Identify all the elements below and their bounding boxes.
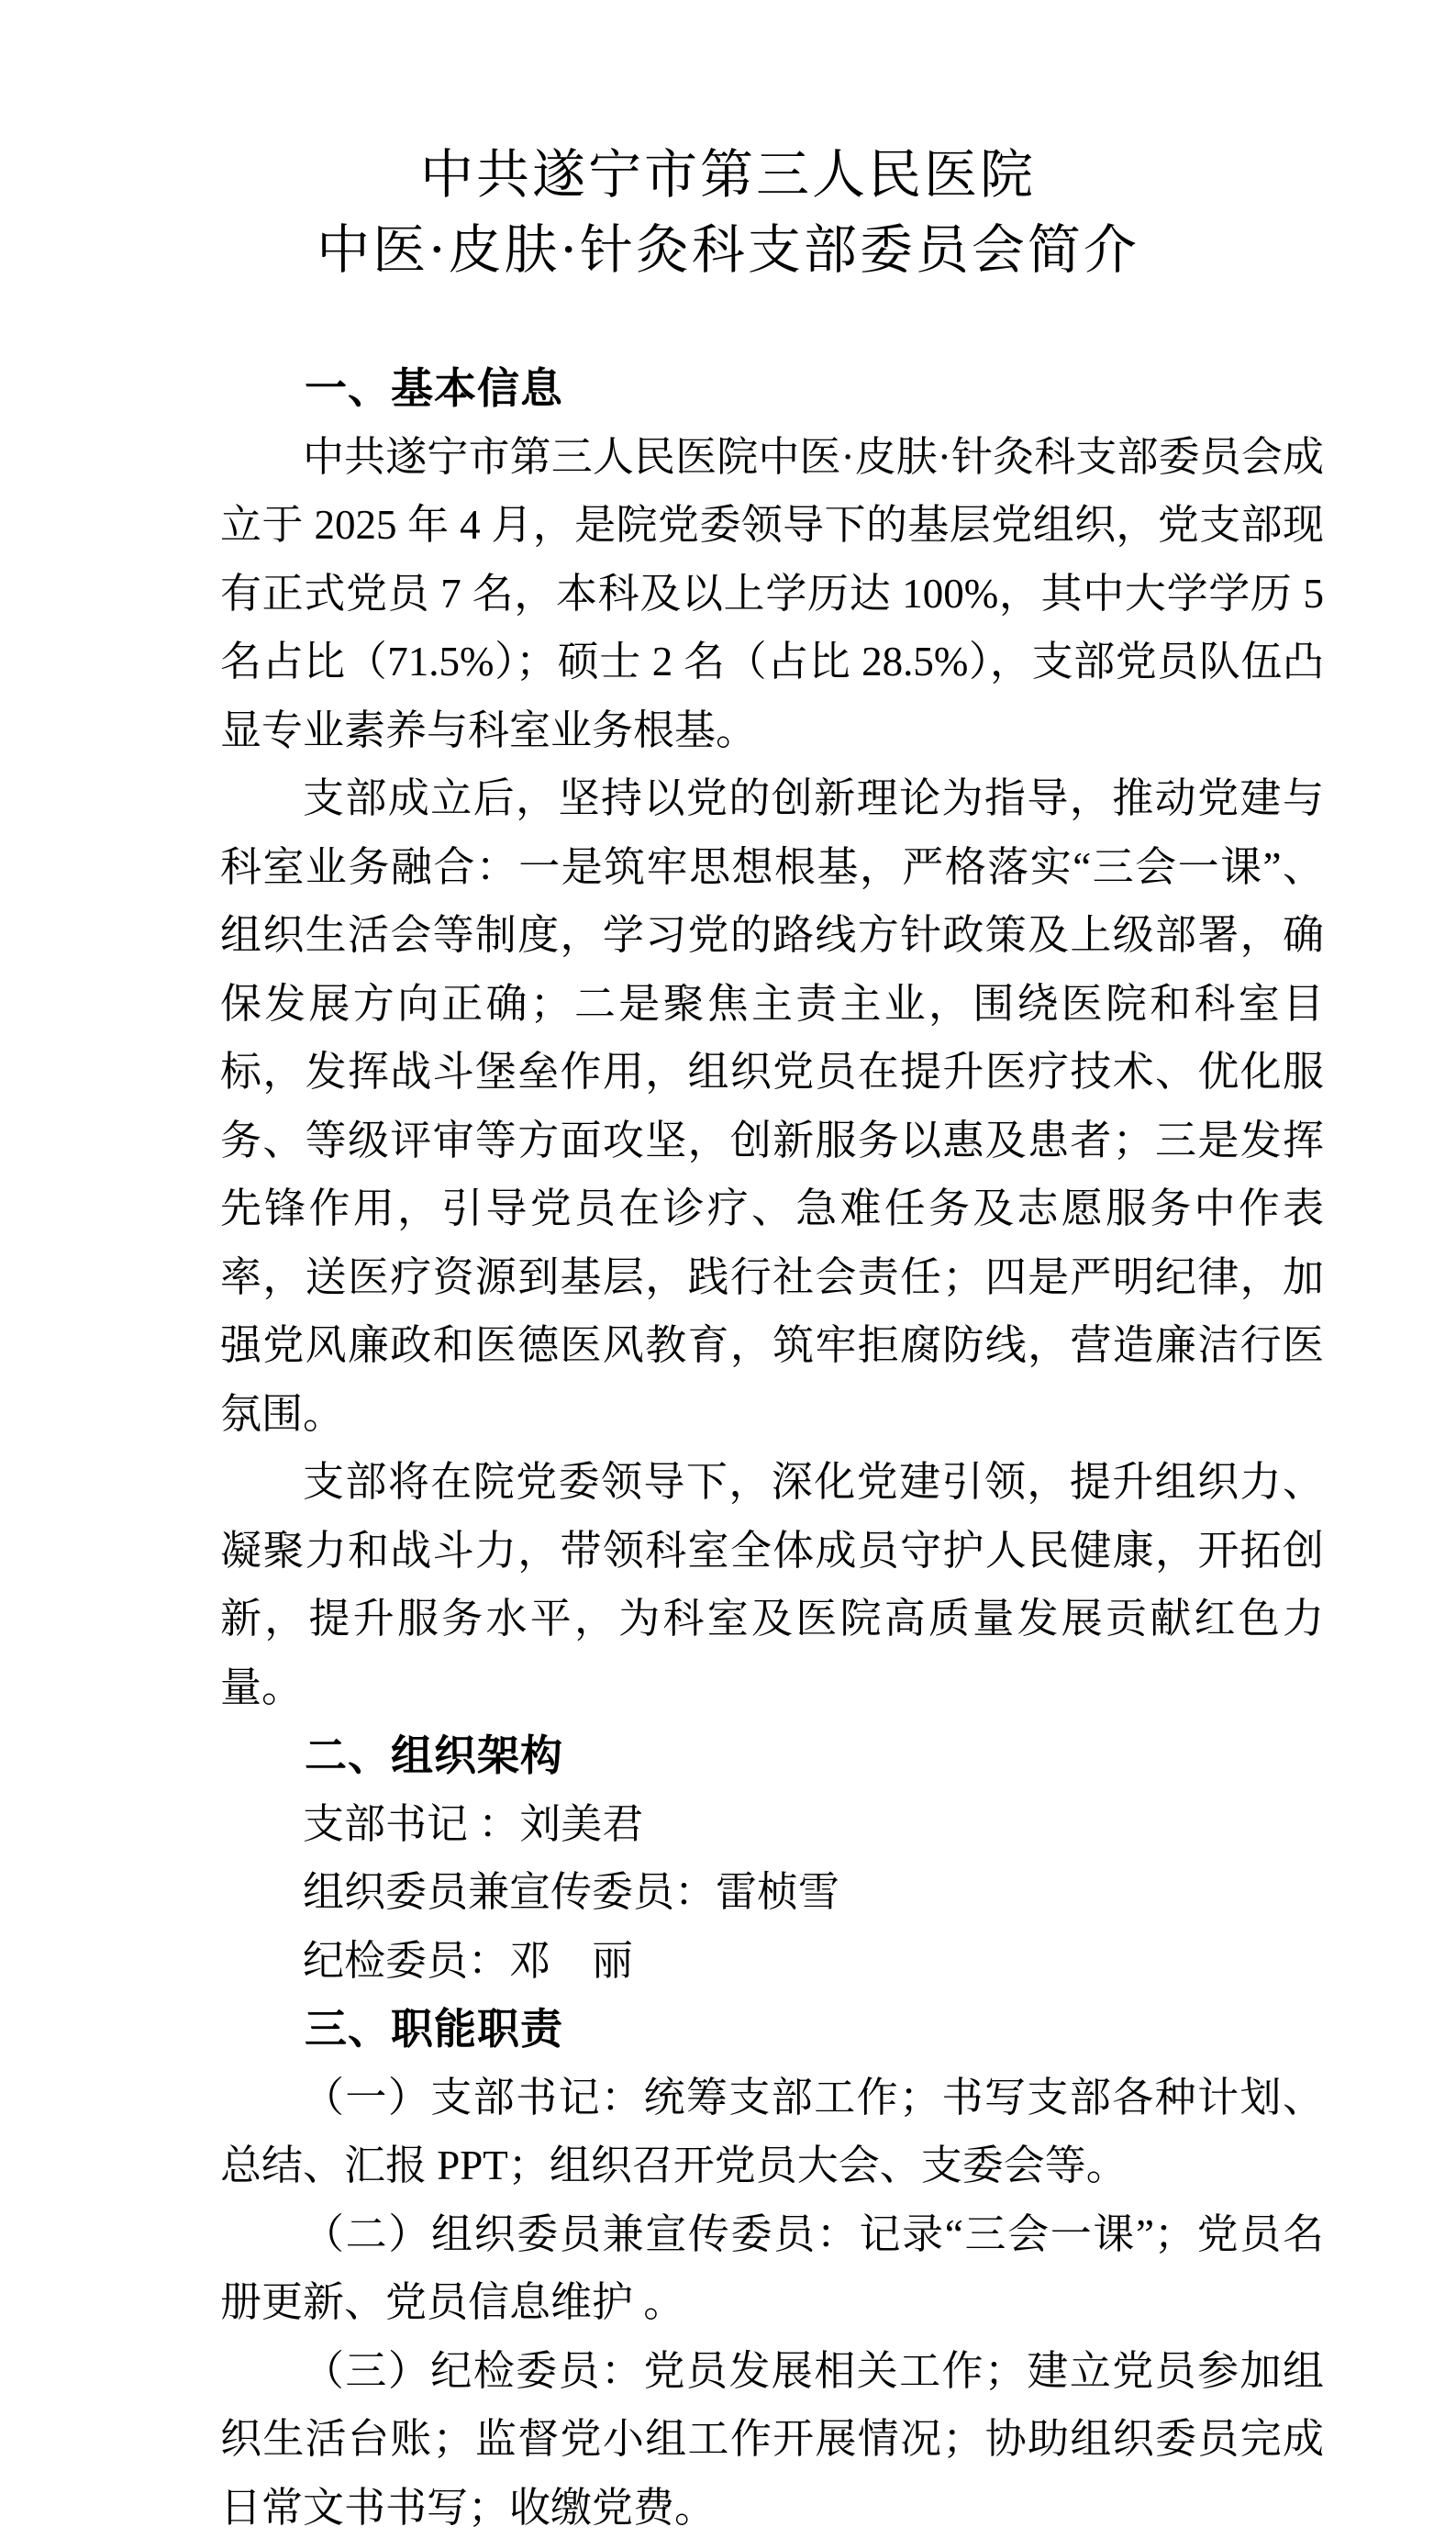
document-body: 一、基本信息 中共遂宁市第三人民医院中医·皮肤·针灸科支部委员会成立于 2025… (220, 354, 1324, 2538)
section-heading-duties: 三、职能职责 (220, 1995, 1324, 2064)
duties-paragraph-3: （三）纪检委员：党员发展相关工作；建立党员参加组织生活台账；监督党小组工作开展情… (220, 2337, 1324, 2538)
document-page: 中共遂宁市第三人民医院 中医·皮肤·针灸科支部委员会简介 一、基本信息 中共遂宁… (0, 0, 1456, 2538)
org-member-branch-secretary: 支部书记 ：刘美君 (220, 1790, 1324, 1859)
org-member-organization-publicity: 组织委员兼宣传委员：雷桢雪 (220, 1858, 1324, 1927)
basic-info-paragraph-1: 中共遂宁市第三人民医院中医·皮肤·针灸科支部委员会成立于 2025 年 4 月，… (220, 423, 1324, 765)
doc-title-line2: 中医·皮肤·针灸科支部委员会简介 (0, 212, 1456, 287)
basic-info-paragraph-2: 支部成立后，坚持以党的创新理论为指导，推动党建与科室业务融合：一是筑牢思想根基，… (220, 764, 1324, 1448)
duties-paragraph-2: （二）组织委员兼宣传委员：记录“三会一课”；党员名册更新、党员信息维护 。 (220, 2200, 1324, 2337)
basic-info-paragraph-3: 支部将在院党委领导下，深化党建引领，提升组织力、凝聚力和战斗力，带领科室全体成员… (220, 1448, 1324, 1721)
section-heading-org-structure: 二、组织架构 (220, 1721, 1324, 1790)
doc-title-line1: 中共遂宁市第三人民医院 (0, 137, 1456, 212)
duties-paragraph-1: （一）支部书记：统筹支部工作；书写支部各种计划、总结、汇报 PPT；组织召开党员… (220, 2064, 1324, 2200)
org-member-discipline-inspection: 纪检委员：邓 丽 (220, 1927, 1324, 1996)
document-title: 中共遂宁市第三人民医院 中医·皮肤·针灸科支部委员会简介 (0, 0, 1456, 287)
section-heading-basic-info: 一、基本信息 (220, 354, 1324, 423)
